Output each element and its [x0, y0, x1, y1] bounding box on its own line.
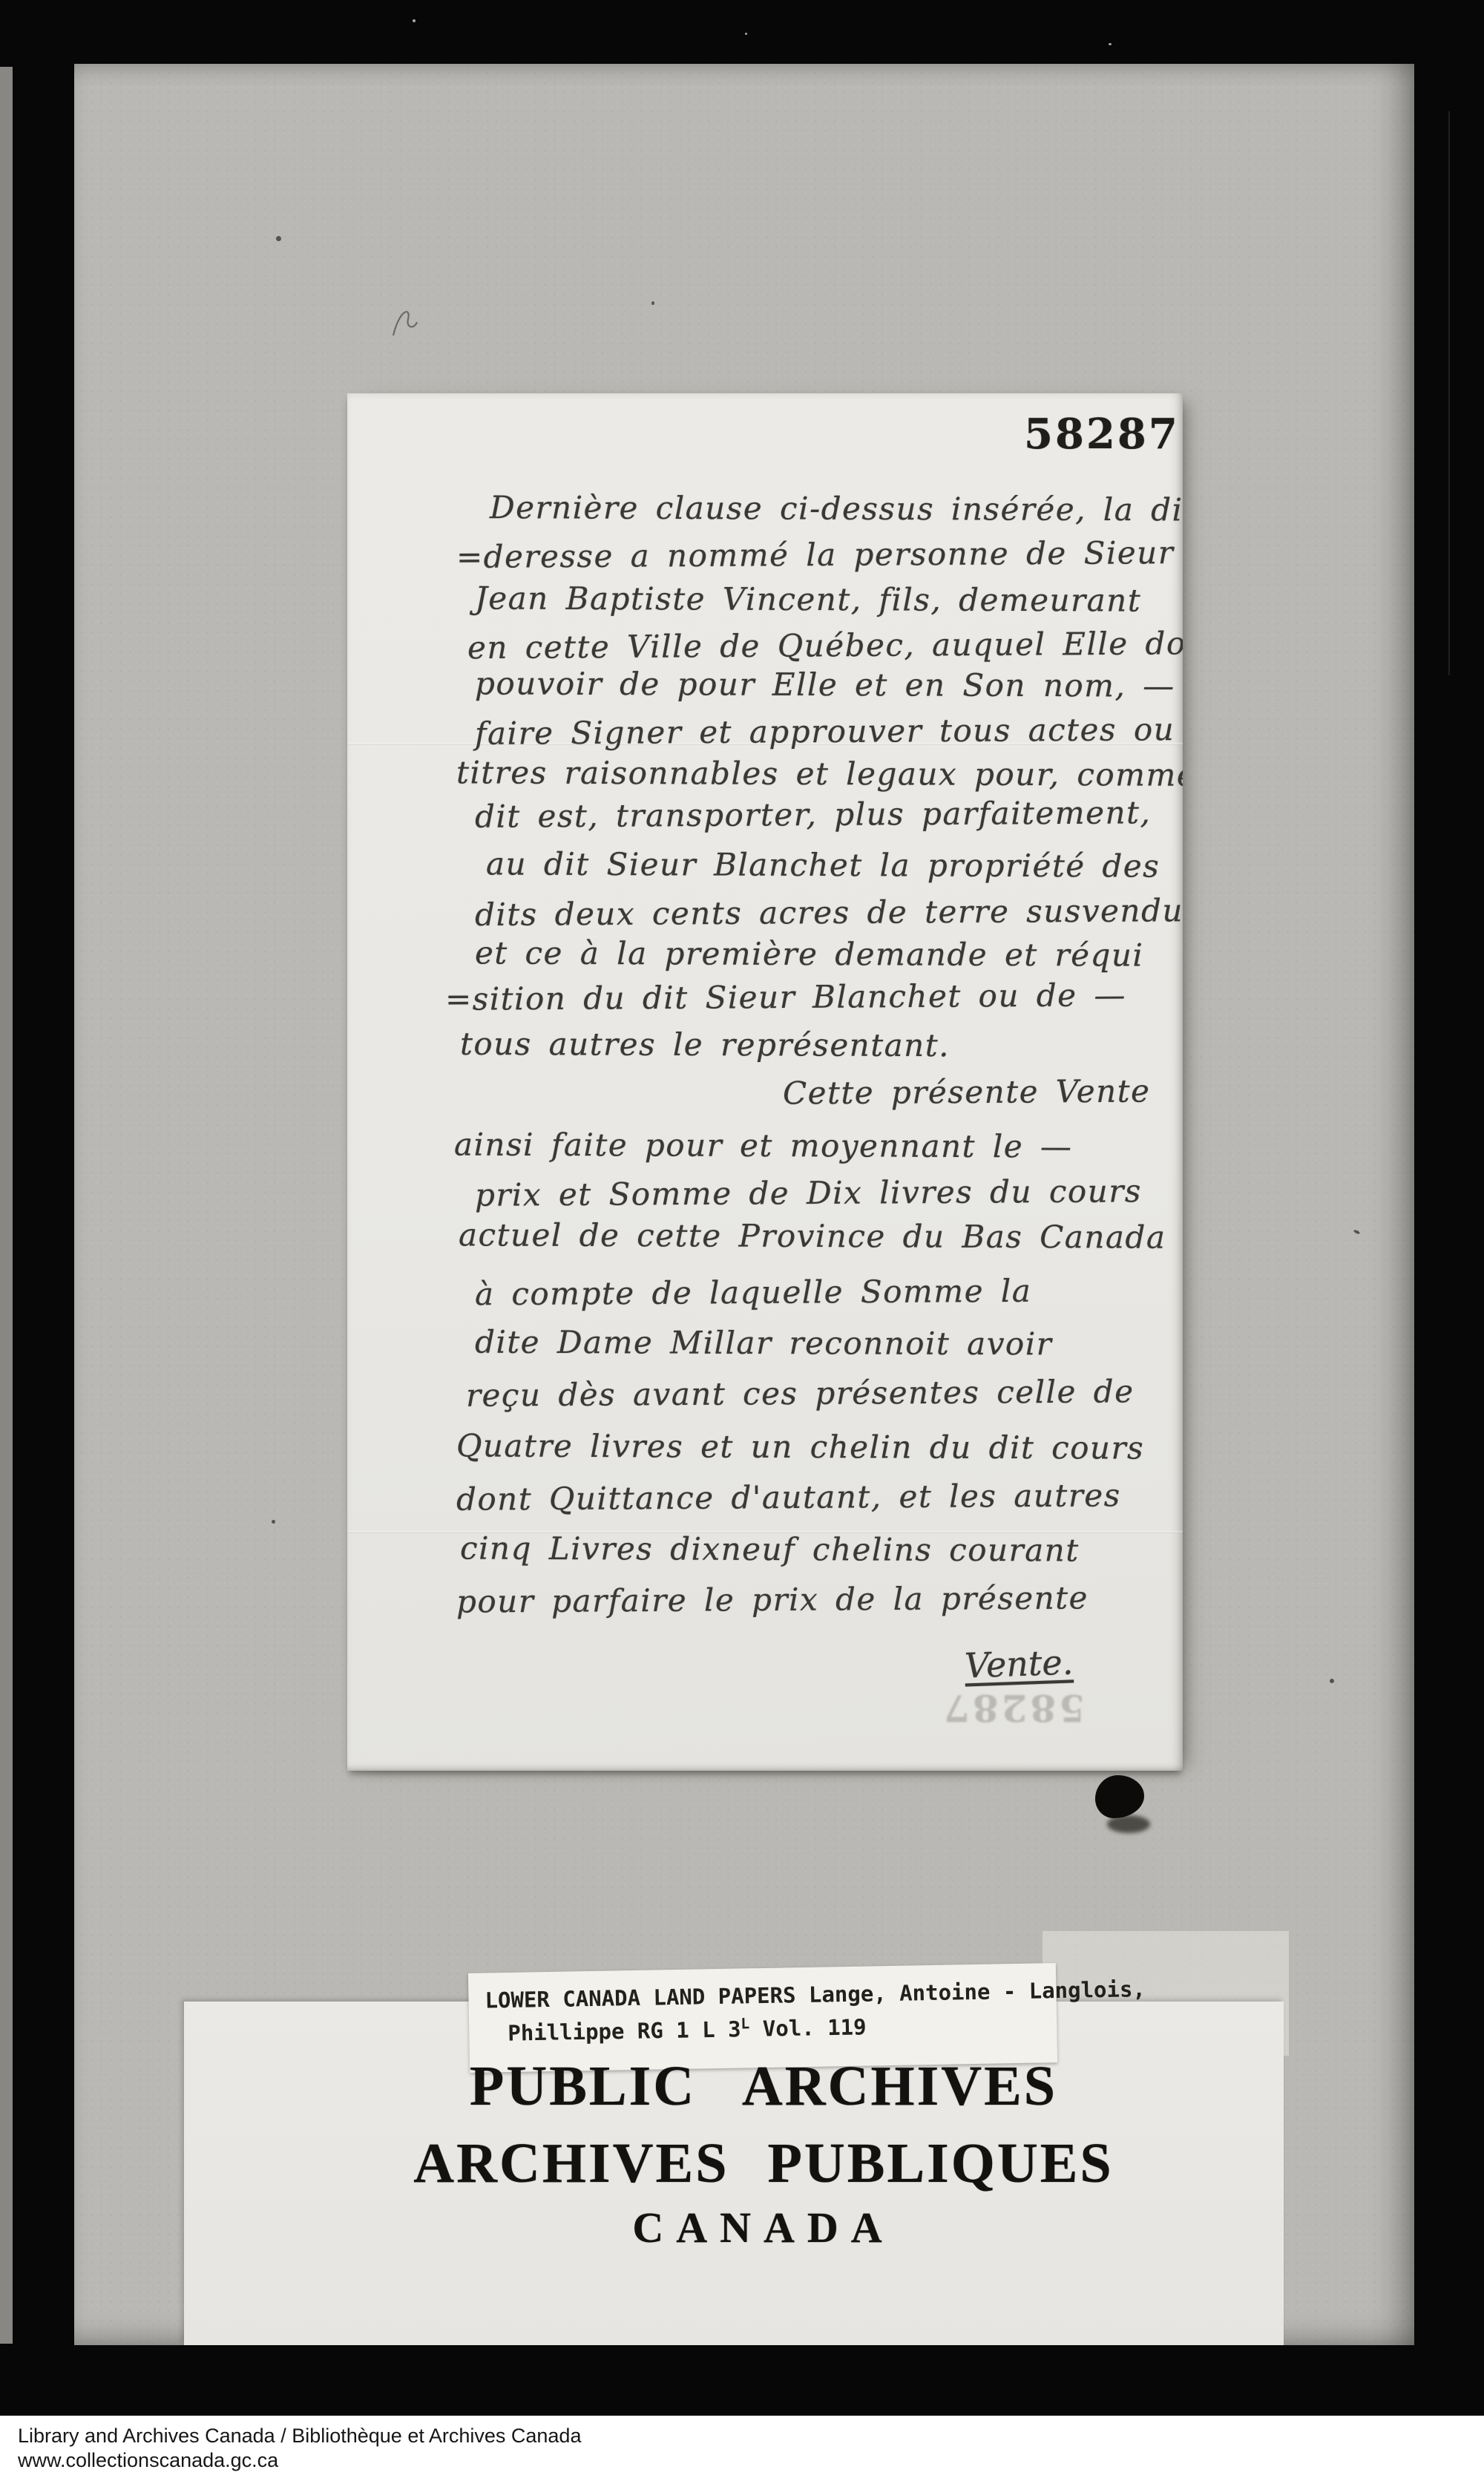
handwriting-line: Cette présente Vente — [783, 1070, 1151, 1114]
handwriting-line: pour parfaire le prix de la présente — [456, 1577, 1089, 1622]
handwriting-line: dit est, transporter, plus parfaitement, — [475, 792, 1152, 838]
handwriting-line: pouvoir de pour Elle et en Son nom, — — [475, 663, 1175, 707]
film-scratch-squiggle — [389, 300, 421, 340]
handwriting-line: et ce à la première demande et réqui — [475, 932, 1144, 976]
mirror-stamp: 58287 — [941, 1686, 1085, 1730]
film-speckle — [745, 33, 747, 35]
handwriting-line: actuel de cette Province du Bas Canada — [459, 1214, 1166, 1258]
film-speckle — [1109, 43, 1112, 45]
handwriting-line: faire Signer et approuver tous actes ou — [475, 709, 1175, 755]
handwriting-line: Dernière clause ci-dessus insérée, la di… — [490, 487, 1183, 531]
handwriting-line: ainsi faite pour et moyennant le — — [454, 1124, 1073, 1168]
handwriting-line: prix et Somme de Dix livres du cours — [475, 1170, 1142, 1216]
collection-url: www.collectionscanada.gc.ca — [18, 2449, 278, 2472]
handwriting-line: dont Quittance d'autant, et les autres — [456, 1475, 1121, 1520]
handwriting-line: à compte de laquelle Somme la — [475, 1271, 1032, 1316]
handwriting-line: titres raisonnables et legaux pour, comm… — [456, 752, 1183, 796]
film-speckle — [651, 301, 654, 305]
manuscript-page: 58287 Dernière clause ci-dessus insérée,… — [347, 393, 1183, 1771]
handwriting-line: Quatre livres et un chelin du dit cours — [456, 1425, 1144, 1469]
handwriting-line: =deresse a nommé la personne de Sieur — [456, 532, 1175, 578]
catalog-reference: Phillippe RG 1 L 3 — [508, 2016, 741, 2045]
attribution-text: Library and Archives Canada / Bibliothèq… — [18, 2425, 581, 2448]
page-number-stamp: 58287 — [1024, 410, 1180, 459]
footer-bar: Library and Archives Canada / Bibliothèq… — [0, 2416, 1484, 2478]
film-speckle — [1330, 1679, 1334, 1683]
catalog-volume: Vol. 119 — [749, 2014, 867, 2042]
institution-name-fr: ARCHIVES PUBLIQUES — [214, 2131, 1313, 2196]
film-frame: 58287 Dernière clause ci-dessus insérée,… — [0, 0, 1484, 2478]
handwriting-line: dits deux cents acres de terre susvendus — [475, 890, 1183, 936]
film-speckle — [276, 236, 281, 241]
handwriting-line: en cette Ville de Québec, auquel Elle do… — [467, 623, 1183, 669]
handwriting-line: =sition du dit Sieur Blanchet ou de — — [445, 974, 1126, 1020]
handwriting-line: dite Dame Millar reconnoit avoir — [475, 1322, 1052, 1366]
handwriting-line: cinq Livres dixneuf chelins courant — [460, 1528, 1080, 1572]
catalog-reference-sup: L — [741, 2015, 749, 2032]
film-speckle — [272, 1520, 275, 1524]
handwriting-line: reçu dès avant ces présentes celle de — [466, 1371, 1135, 1416]
film-scratch-line — [1448, 111, 1450, 675]
institution-name-en: PUBLIC ARCHIVES — [214, 2054, 1313, 2119]
institution-country: CANADA — [214, 2203, 1313, 2252]
handwriting-line: tous autres le représentant. — [460, 1023, 950, 1066]
closing-word: Vente. — [964, 1642, 1074, 1685]
handwriting-line: au dit Sieur Blanchet la propriété des — [486, 843, 1160, 887]
film-speckle — [413, 19, 416, 22]
handwriting-line: Jean Baptiste Vincent, fils, demeurant — [475, 577, 1141, 621]
film-edge-strip — [0, 67, 13, 2344]
catalog-line-2: Phillippe RG 1 L 3L Vol. 119 — [508, 2008, 867, 2048]
film-speckle — [1353, 1229, 1361, 1234]
